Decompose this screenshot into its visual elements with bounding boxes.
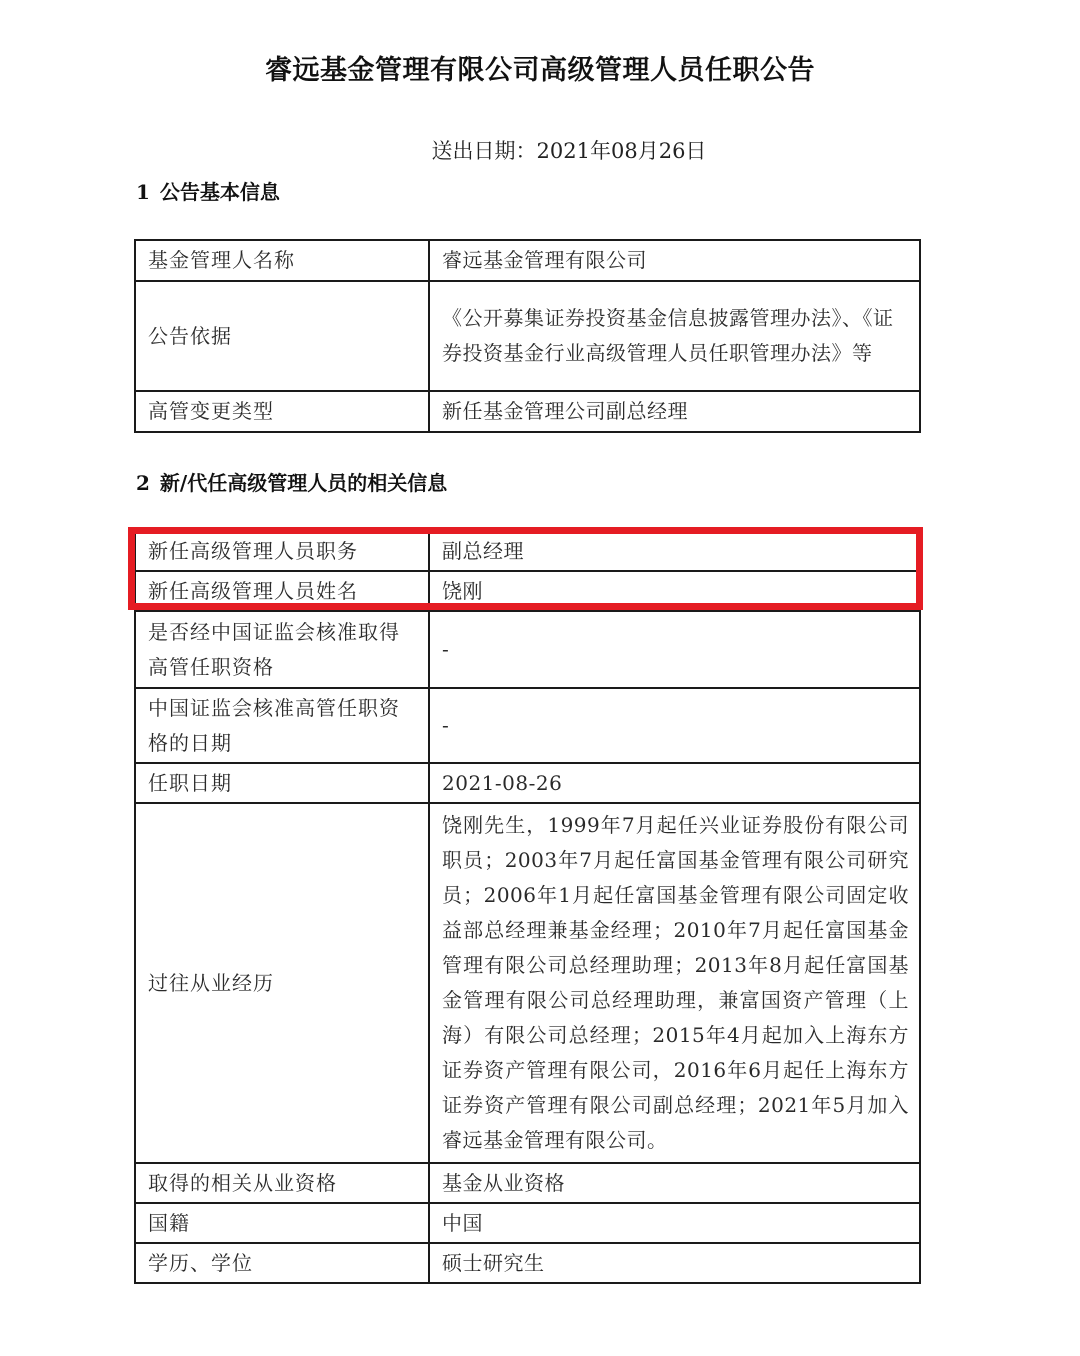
career-history: 饶刚先生，1999年7月起任兴业证券股份有限公司职员；2003年7月起任富国基金… (429, 803, 920, 1163)
row-value: 中国 (429, 1203, 920, 1243)
row-label: 学历、学位 (135, 1243, 429, 1283)
row-label: 是否经中国证监会核准取得高管任职资格 (135, 611, 429, 688)
row-label: 任职日期 (135, 763, 429, 803)
section-2-number: 2 (136, 471, 150, 495)
table-row: 国籍 中国 (135, 1203, 920, 1243)
row-label: 新任高级管理人员职务 (135, 531, 429, 571)
table-row: 新任高级管理人员姓名 饶刚 (135, 571, 920, 611)
row-label: 新任高级管理人员姓名 (135, 571, 429, 611)
row-value: - (429, 611, 920, 688)
row-label: 国籍 (135, 1203, 429, 1243)
manager-info-table: 新任高级管理人员职务 副总经理 新任高级管理人员姓名 饶刚 是否经中国证监会核准… (134, 530, 921, 1284)
table-row: 学历、学位 硕士研究生 (135, 1243, 920, 1283)
section-2-title: 新/代任高级管理人员的相关信息 (160, 471, 447, 495)
table-row: 是否经中国证监会核准取得高管任职资格 - (135, 611, 920, 688)
table-row: 公告依据 《公开募集证券投资基金信息披露管理办法》、《证券投资基金行业高级管理人… (135, 281, 920, 391)
row-value: 基金从业资格 (429, 1163, 920, 1203)
basic-info-table: 基金管理人名称 睿远基金管理有限公司 公告依据 《公开募集证券投资基金信息披露管… (134, 239, 921, 433)
table-row: 中国证监会核准高管任职资格的日期 - (135, 688, 920, 763)
row-value: - (429, 688, 920, 763)
table-row: 新任高级管理人员职务 副总经理 (135, 531, 920, 571)
row-value: 副总经理 (429, 531, 920, 571)
section-1-heading: 1公告基本信息 (136, 176, 280, 205)
section-2-heading: 2新/代任高级管理人员的相关信息 (136, 467, 447, 496)
table-row: 基金管理人名称 睿远基金管理有限公司 (135, 240, 920, 281)
row-label: 公告依据 (135, 281, 429, 391)
row-label: 中国证监会核准高管任职资格的日期 (135, 688, 429, 763)
document-title: 睿远基金管理有限公司高级管理人员任职公告 (0, 48, 1080, 87)
table-row: 高管变更类型 新任基金管理公司副总经理 (135, 391, 920, 432)
row-label: 过往从业经历 (135, 803, 429, 1163)
row-value: 新任基金管理公司副总经理 (429, 391, 920, 432)
row-value: 《公开募集证券投资基金信息披露管理办法》、《证券投资基金行业高级管理人员任职管理… (429, 281, 920, 391)
section-1-title: 公告基本信息 (160, 180, 280, 204)
table-row: 取得的相关从业资格 基金从业资格 (135, 1163, 920, 1203)
row-label: 高管变更类型 (135, 391, 429, 432)
send-date: 送出日期：2021年08月26日 (0, 135, 1080, 165)
table-row: 任职日期 2021-08-26 (135, 763, 920, 803)
row-value: 睿远基金管理有限公司 (429, 240, 920, 281)
table-row: 过往从业经历 饶刚先生，1999年7月起任兴业证券股份有限公司职员；2003年7… (135, 803, 920, 1163)
row-label: 取得的相关从业资格 (135, 1163, 429, 1203)
row-value: 硕士研究生 (429, 1243, 920, 1283)
section-1-number: 1 (136, 180, 150, 204)
row-value: 2021-08-26 (429, 763, 920, 803)
row-label: 基金管理人名称 (135, 240, 429, 281)
row-value: 饶刚 (429, 571, 920, 611)
